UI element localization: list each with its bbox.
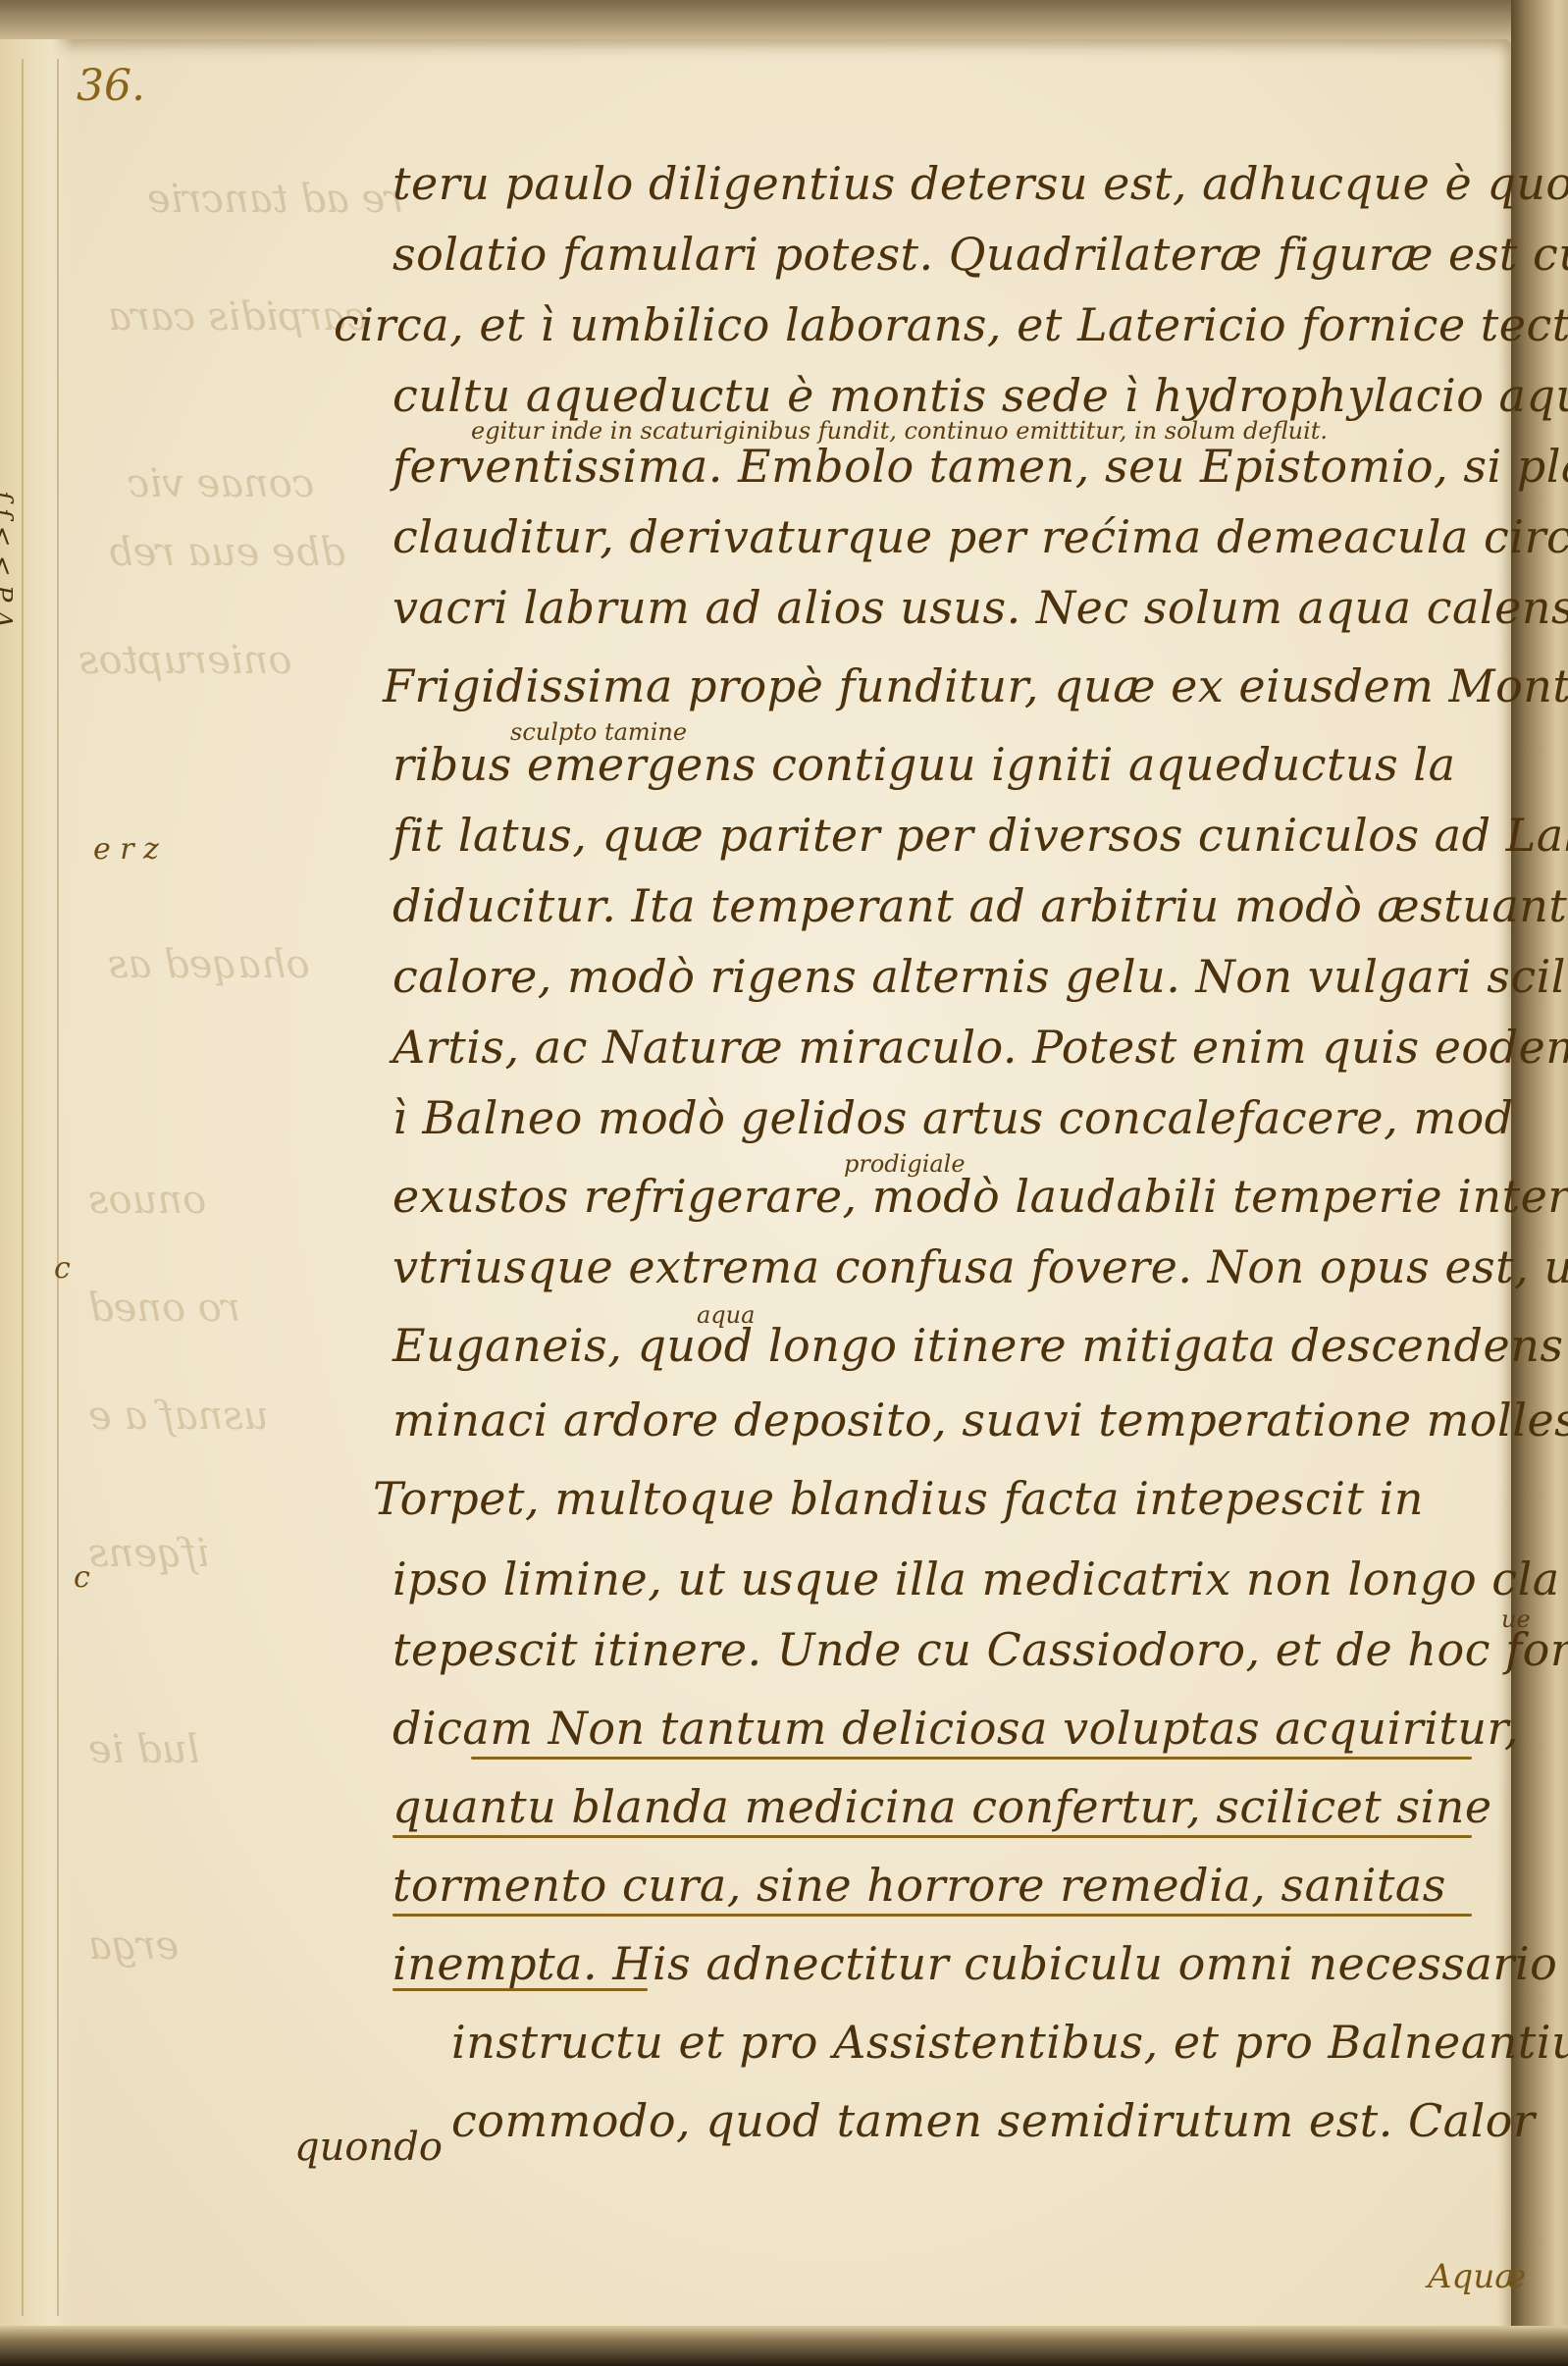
text-line: exustos refrigerare, modò laudabili temp…: [392, 1170, 1568, 1223]
text-line: Torpet, multoque blandius facta intepesc…: [373, 1472, 1424, 1525]
citation-underline: [392, 1914, 1472, 1917]
text-line: Artis, ac Naturæ miraculo. Potest enim q…: [392, 1021, 1568, 1074]
bleed-through-text: re ad tancrie: [147, 177, 403, 222]
page-bottom-edge: [0, 2326, 1568, 2366]
text-line: Frigidissima propè funditur, quæ ex eius…: [383, 659, 1568, 712]
text-line: tepescit itinere. Unde cu Cassiodoro, et…: [392, 1623, 1568, 1676]
text-line: vacri labrum ad alios usus. Nec solum aq…: [392, 581, 1568, 634]
margin-note: quondo: [294, 2125, 443, 2170]
margin-mark: c: [54, 1251, 71, 1286]
text-line: instructu et pro Assistentibus, et pro B…: [451, 2016, 1568, 2069]
text-line: ribus emergens contiguu igniti aqueductu…: [392, 738, 1456, 791]
bleed-through-text: dbe eua reb: [108, 530, 345, 575]
interlinear-insertion: ue: [1501, 1605, 1531, 1633]
text-line: ferventissima. Embolo tamen, seu Epistom…: [392, 440, 1568, 493]
interlinear-insertion: prodigiale: [844, 1150, 966, 1178]
text-line: diducitur. Ita temperant ad arbitriu mod…: [392, 879, 1568, 932]
text-line: quantu blanda medicina confertur, scilic…: [392, 1780, 1492, 1833]
bleed-through-text: lud ie: [88, 1727, 199, 1772]
bleed-through-text: carpidis cara: [108, 294, 368, 340]
folio-number: 36.: [77, 61, 145, 111]
text-line: cultu aqueductu è montis sede ì hydrophy…: [392, 369, 1568, 422]
gutter-fold-line: [22, 59, 24, 2316]
margin-mark: c: [74, 1560, 90, 1595]
citation-underline: [392, 1988, 648, 1991]
text-line: ipso limine, ut usque illa medicatrix no…: [392, 1552, 1560, 1605]
text-line: minaci ardore deposito, suavi temperatio…: [392, 1393, 1568, 1446]
text-line: calore, modò rigens alternis gelu. Non v…: [392, 950, 1568, 1003]
bleed-through-text: onieruptos: [78, 638, 291, 683]
citation-underline: [392, 1835, 1472, 1838]
text-line: teru paulo diligentius detersu est, adhu…: [392, 157, 1568, 210]
text-line: solatio famulari potest. Quadrilateræ fi…: [392, 228, 1568, 281]
left-gutter: [0, 39, 74, 2340]
bleed-through-text: usnaf a e: [88, 1393, 269, 1439]
text-line: clauditur, derivaturque per rećima demea…: [392, 510, 1568, 563]
text-line: Euganeis, quod longo itinere mitigata de…: [392, 1319, 1563, 1372]
interlinear-insertion: egitur inde in scaturiginibus fundit, co…: [471, 417, 1328, 445]
catchword: Aquæ: [1428, 2257, 1526, 2296]
text-line: ì Balneo modò gelidos artus concalefacer…: [392, 1091, 1514, 1144]
bleed-through-text: onuos: [88, 1178, 206, 1223]
text-line: commodo, quod tamen semidirutum est. Cal…: [451, 2094, 1535, 2147]
left-edge-ink-fragment: ſ ſ < < P Λ: [0, 491, 20, 628]
gutter-fold-line: [57, 59, 59, 2316]
bleed-through-text: ohaqed as: [108, 942, 310, 987]
text-line: tormento cura, sine horrore remedia, san…: [392, 1859, 1446, 1912]
text-line: circa, et ì umbilico laborans, et Lateri…: [334, 298, 1568, 351]
citation-underline: [471, 1757, 1472, 1760]
bleed-through-text: ro oned: [88, 1286, 240, 1331]
text-line: vtriusque extrema confusa fovere. Non op…: [392, 1240, 1568, 1293]
interlinear-insertion: aqua: [697, 1301, 755, 1329]
interlinear-insertion: sculpto tamine: [510, 718, 687, 746]
text-line: dicam Non tantum deliciosa voluptas acqu…: [392, 1702, 1519, 1755]
margin-mark: e r z: [93, 832, 159, 867]
bleed-through-text: conae vic: [128, 461, 314, 506]
text-line: fit latus, quæ pariter per diversos cuni…: [392, 809, 1568, 862]
bleed-through-text: erga: [88, 1923, 179, 1969]
bleed-through-text: ifqens: [88, 1531, 209, 1576]
text-line: inempta. His adnectitur cubiculu omni ne…: [392, 1937, 1557, 1990]
